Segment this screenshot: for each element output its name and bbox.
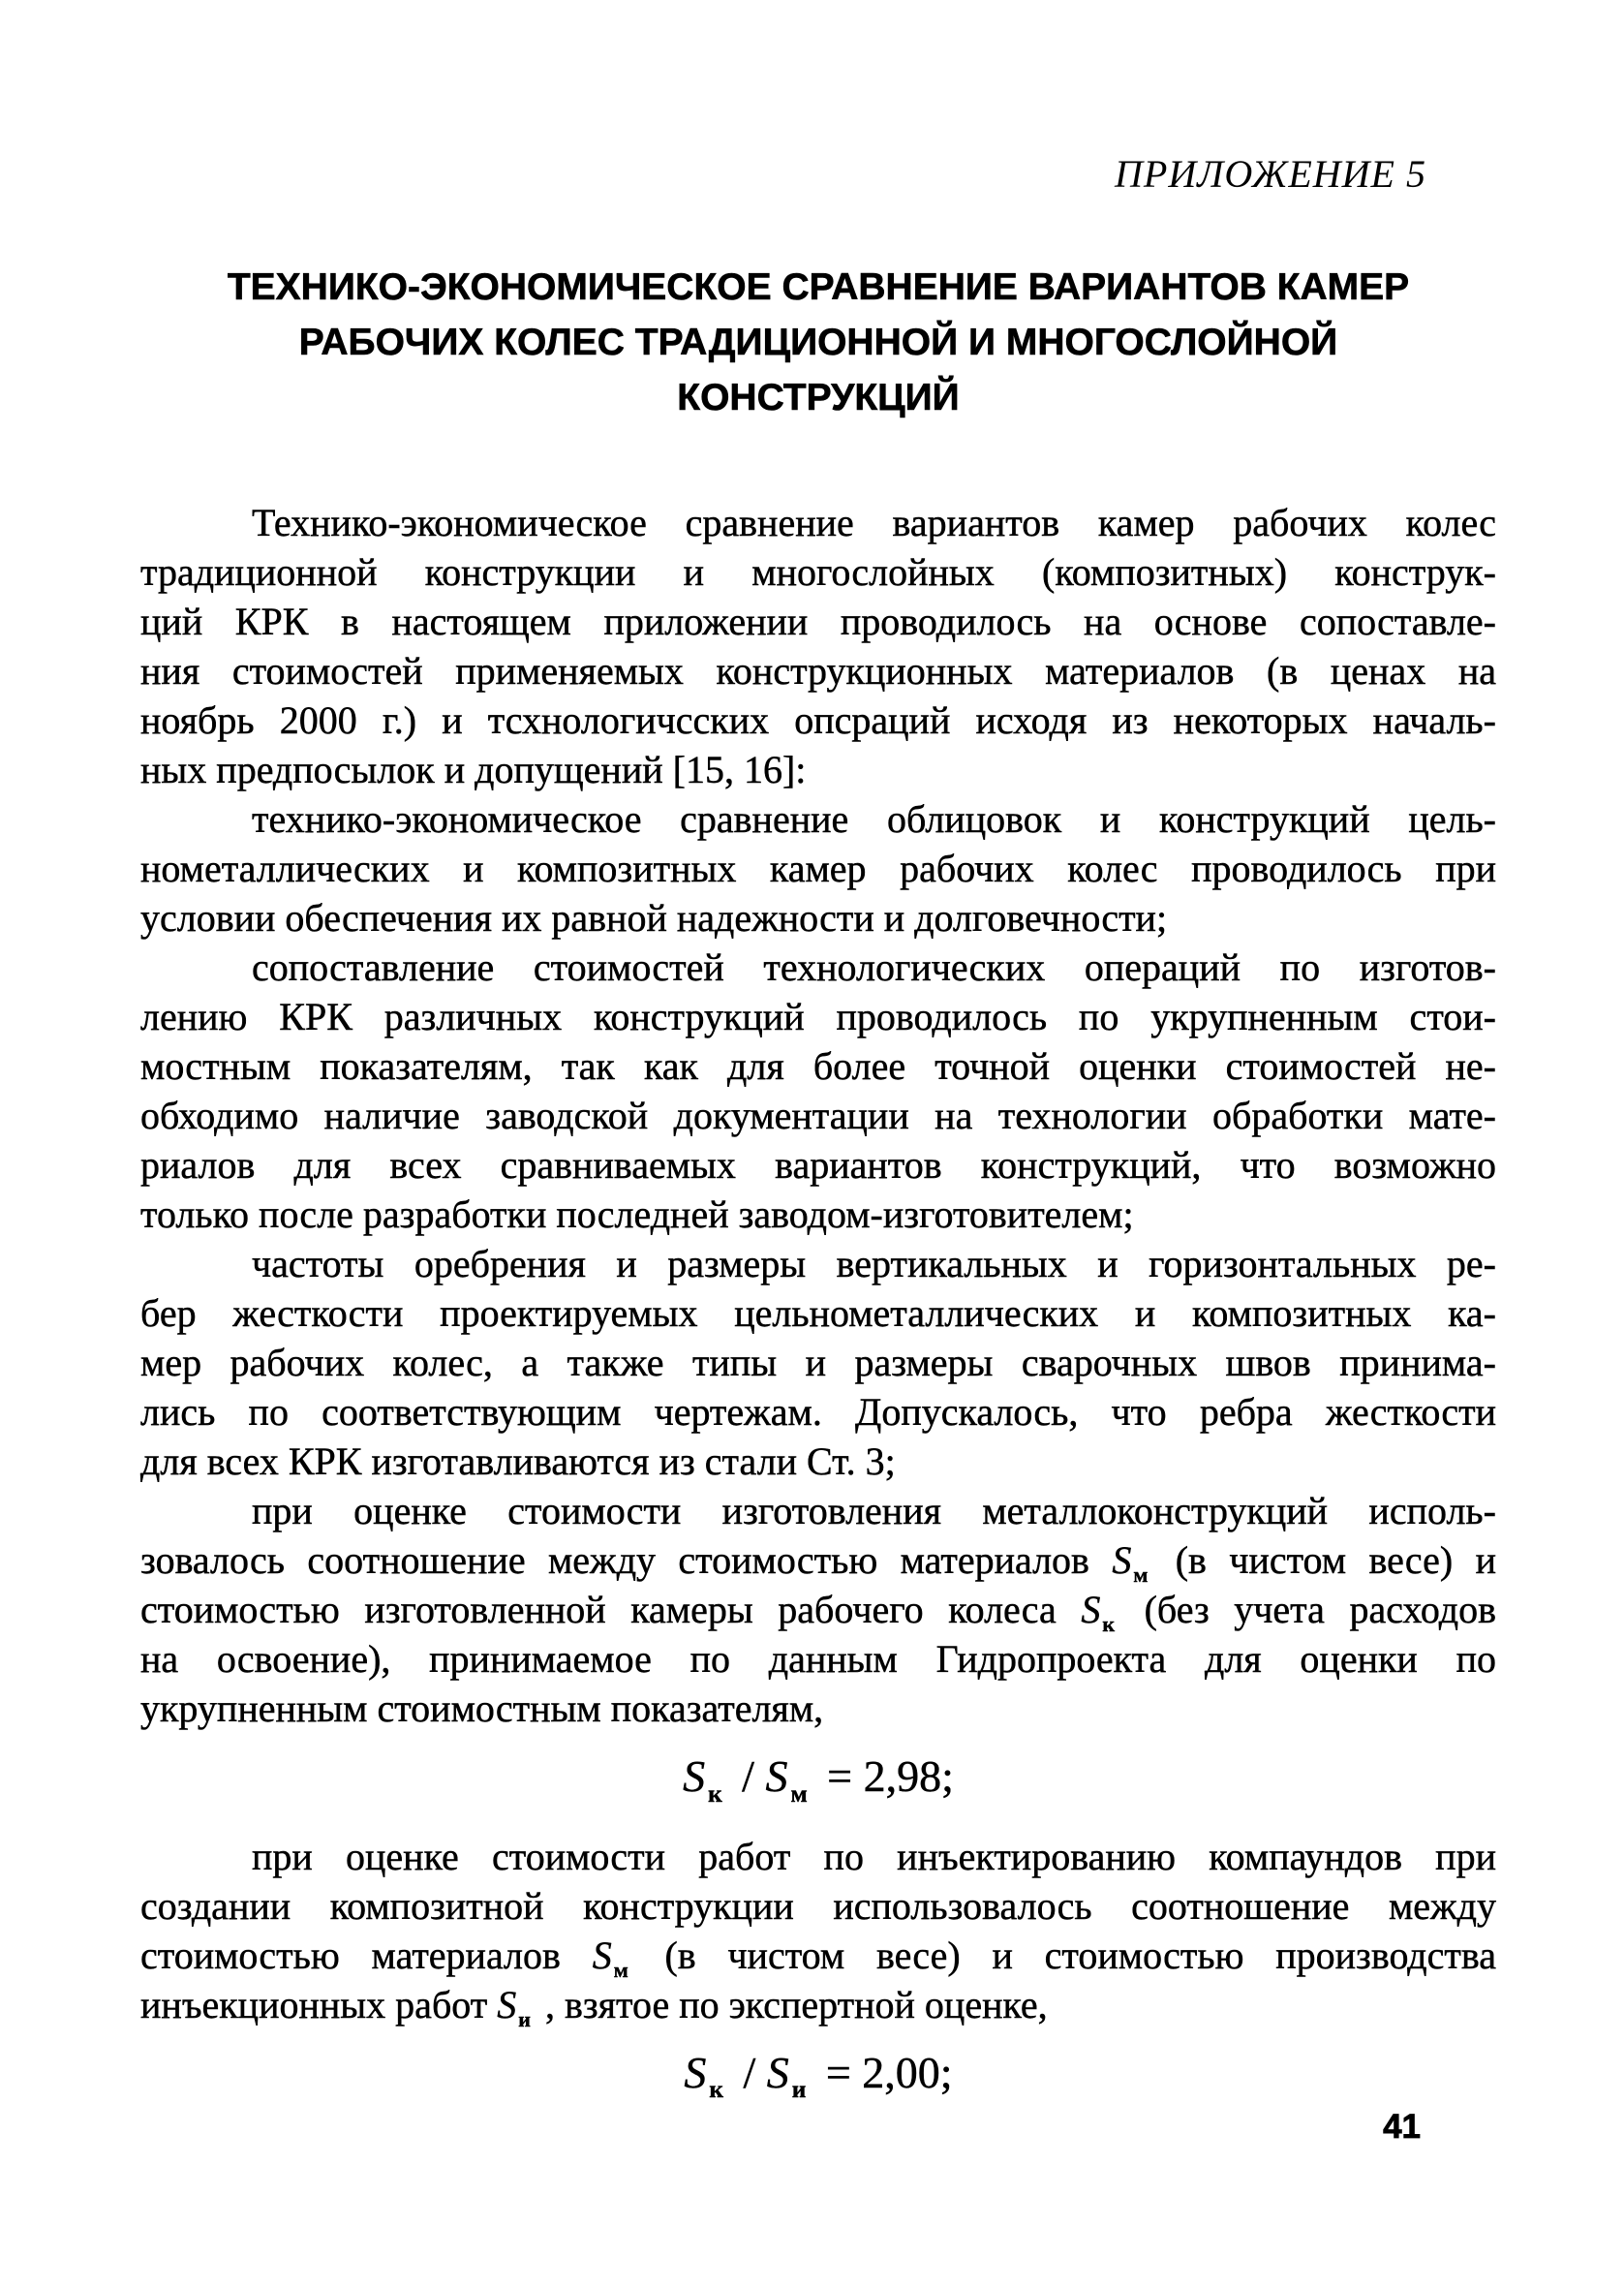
math-subscript: и bbox=[789, 2076, 815, 2103]
text-segment: зовалось соотношение между стоимостью ма… bbox=[140, 1538, 1112, 1582]
text-segment: нометаллических и композитных камер рабо… bbox=[140, 847, 1496, 890]
title-line-2: РАБОЧИХ КОЛЕС ТРАДИЦИОННОЙ И МНОГОСЛОЙНО… bbox=[140, 315, 1496, 370]
math-subscript: к bbox=[706, 2076, 732, 2103]
math-variable: Sк bbox=[684, 2048, 732, 2097]
math-variable: Sм bbox=[1112, 1538, 1152, 1582]
text-line: условии обеспечения их равной надежности… bbox=[140, 893, 1496, 943]
text-segment: традиционной конструкции и многослойных … bbox=[140, 550, 1496, 594]
document-title: ТЕХНИКО-ЭКОНОМИЧЕСКОЕ СРАВНЕНИЕ ВАРИАНТО… bbox=[140, 260, 1496, 425]
text-segment: / bbox=[731, 1751, 766, 1801]
text-segment: (в чистом весе) и стоимостью производств… bbox=[633, 1933, 1496, 1977]
text-line: Технико-экономическое сравнение варианто… bbox=[140, 498, 1496, 547]
text-segment: мостным показателям, так как для более т… bbox=[140, 1044, 1496, 1088]
text-line: лению КРК различных конструкций проводил… bbox=[140, 992, 1496, 1041]
text-line: ций КРК в настоящем приложении проводило… bbox=[140, 597, 1496, 646]
document-body: Технико-экономическое сравнение варианто… bbox=[140, 498, 1496, 2127]
text-line: на освоение), принимаемое по данным Гидр… bbox=[140, 1634, 1496, 1684]
math-variable: Sм bbox=[765, 1751, 815, 1801]
text-segment: ноябрь 2000 г.) и тсхнологичсских опсрац… bbox=[140, 698, 1496, 742]
text-segment: только после разработки последней заводо… bbox=[140, 1192, 1134, 1236]
math-subscript: и bbox=[516, 2007, 536, 2031]
paragraph: частоты оребрения и размеры вертикальных… bbox=[140, 1239, 1496, 1486]
text-segment: инъекционных работ bbox=[140, 1983, 497, 2026]
math-subscript: к bbox=[1100, 1612, 1119, 1636]
text-segment: для всех КРК изготавливаются из стали Ст… bbox=[140, 1439, 896, 1483]
math-subscript: м bbox=[1131, 1562, 1152, 1587]
text-line: ных предпосылок и допущений [15, 16]: bbox=[140, 745, 1496, 794]
text-segment: мер рабочих колес, а также типы и размер… bbox=[140, 1341, 1496, 1384]
text-segment: ния стоимостей применяемых конструкционн… bbox=[140, 649, 1496, 693]
text-segment: на освоение), принимаемое по данным Гидр… bbox=[140, 1637, 1496, 1681]
formula: Sк / Sм = 2,98; bbox=[140, 1747, 1496, 1824]
document-page: ПРИЛОЖЕНИЕ 5 ТЕХНИКО-ЭКОНОМИЧЕСКОЕ СРАВН… bbox=[0, 0, 1624, 2289]
text-segment: лению КРК различных конструкций проводил… bbox=[140, 995, 1496, 1038]
math-variable: Sм bbox=[593, 1933, 633, 1977]
text-line: ноябрь 2000 г.) и тсхнологичсских опсрац… bbox=[140, 696, 1496, 745]
text-line: ния стоимостей применяемых конструкционн… bbox=[140, 646, 1496, 696]
text-segment: при оценке стоимости работ по инъектиров… bbox=[252, 1835, 1496, 1878]
text-segment: (в чистом весе) и bbox=[1152, 1538, 1496, 1582]
text-line: для всех КРК изготавливаются из стали Ст… bbox=[140, 1437, 1496, 1486]
math-variable: Sи bbox=[497, 1983, 536, 2026]
text-segment: лись по соответствующим чертежам. Допуск… bbox=[140, 1390, 1496, 1434]
text-segment: сопоставление стоимостей технологических… bbox=[252, 945, 1496, 989]
text-line: зовалось соотношение между стоимостью ма… bbox=[140, 1535, 1496, 1585]
text-line: при оценке стоимости работ по инъектиров… bbox=[140, 1832, 1496, 1881]
text-segment: (без учета расходов bbox=[1119, 1588, 1496, 1631]
title-line-3: КОНСТРУКЦИЙ bbox=[140, 370, 1496, 425]
text-line: только после разработки последней заводо… bbox=[140, 1190, 1496, 1239]
paragraph: при оценке стоимости изготовления металл… bbox=[140, 1486, 1496, 1733]
paragraph: Технико-экономическое сравнение варианто… bbox=[140, 498, 1496, 794]
text-line: обходимо наличие заводской документации … bbox=[140, 1091, 1496, 1140]
math-subscript: к bbox=[705, 1780, 731, 1808]
math-variable: Sк bbox=[683, 1751, 731, 1801]
text-line: стоимостью изготовленной камеры рабочего… bbox=[140, 1585, 1496, 1634]
text-segment: при оценке стоимости изготовления металл… bbox=[252, 1489, 1496, 1532]
text-line: стоимостью материалов Sм (в чистом весе)… bbox=[140, 1931, 1496, 1980]
text-line: частоты оребрения и размеры вертикальных… bbox=[140, 1239, 1496, 1288]
text-line: традиционной конструкции и многослойных … bbox=[140, 547, 1496, 597]
paragraph: при оценке стоимости работ по инъектиров… bbox=[140, 1832, 1496, 2029]
text-line: мер рабочих колес, а также типы и размер… bbox=[140, 1338, 1496, 1387]
text-segment: бер жесткости проектируемых цельнометалл… bbox=[140, 1291, 1496, 1335]
text-segment: создании композитной конструкции использ… bbox=[140, 1884, 1496, 1928]
text-segment: = 2,00; bbox=[814, 2048, 952, 2097]
appendix-label: ПРИЛОЖЕНИЕ 5 bbox=[140, 153, 1496, 196]
page-number: 41 bbox=[140, 2108, 1496, 2147]
text-line: мостным показателям, так как для более т… bbox=[140, 1041, 1496, 1091]
paragraph: сопоставление стоимостей технологических… bbox=[140, 943, 1496, 1239]
text-line: лись по соответствующим чертежам. Допуск… bbox=[140, 1387, 1496, 1437]
text-line: при оценке стоимости изготовления металл… bbox=[140, 1486, 1496, 1535]
text-line: бер жесткости проектируемых цельнометалл… bbox=[140, 1288, 1496, 1338]
text-segment: технико-экономическое сравнение облицово… bbox=[252, 797, 1496, 841]
text-segment: / bbox=[732, 2048, 767, 2097]
math-subscript: м bbox=[787, 1780, 815, 1808]
text-segment: стоимостью изготовленной камеры рабочего… bbox=[140, 1588, 1081, 1631]
text-segment: условии обеспечения их равной надежности… bbox=[140, 896, 1167, 940]
text-segment: Технико-экономическое сравнение варианто… bbox=[252, 501, 1496, 544]
text-segment: ций КРК в настоящем приложении проводило… bbox=[140, 600, 1496, 643]
text-segment: ных предпосылок и допущений [15, 16]: bbox=[140, 748, 806, 791]
text-segment: частоты оребрения и размеры вертикальных… bbox=[252, 1242, 1496, 1285]
text-line: создании композитной конструкции использ… bbox=[140, 1881, 1496, 1931]
text-line: инъекционных работ Sи , взятое по экспер… bbox=[140, 1980, 1496, 2029]
title-line-1: ТЕХНИКО-ЭКОНОМИЧЕСКОЕ СРАВНЕНИЕ ВАРИАНТО… bbox=[140, 260, 1496, 315]
text-line: укрупненным стоимостным показателям, bbox=[140, 1684, 1496, 1733]
text-segment: риалов для всех сравниваемых вариантов к… bbox=[140, 1143, 1496, 1187]
math-subscript: м bbox=[612, 1958, 633, 1982]
text-segment: укрупненным стоимостным показателям, bbox=[140, 1686, 823, 1730]
text-line: сопоставление стоимостей технологических… bbox=[140, 943, 1496, 992]
text-segment: обходимо наличие заводской документации … bbox=[140, 1094, 1496, 1137]
text-segment: = 2,98; bbox=[816, 1751, 954, 1801]
text-line: риалов для всех сравниваемых вариантов к… bbox=[140, 1140, 1496, 1190]
text-line: технико-экономическое сравнение облицово… bbox=[140, 794, 1496, 844]
text-line: нометаллических и композитных камер рабо… bbox=[140, 844, 1496, 893]
math-variable: Sи bbox=[767, 2048, 815, 2097]
paragraph: технико-экономическое сравнение облицово… bbox=[140, 794, 1496, 943]
text-segment: , взятое по экспертной оценке, bbox=[536, 1983, 1048, 2026]
math-variable: Sк bbox=[1081, 1588, 1119, 1631]
text-segment: стоимостью материалов bbox=[140, 1933, 593, 1977]
